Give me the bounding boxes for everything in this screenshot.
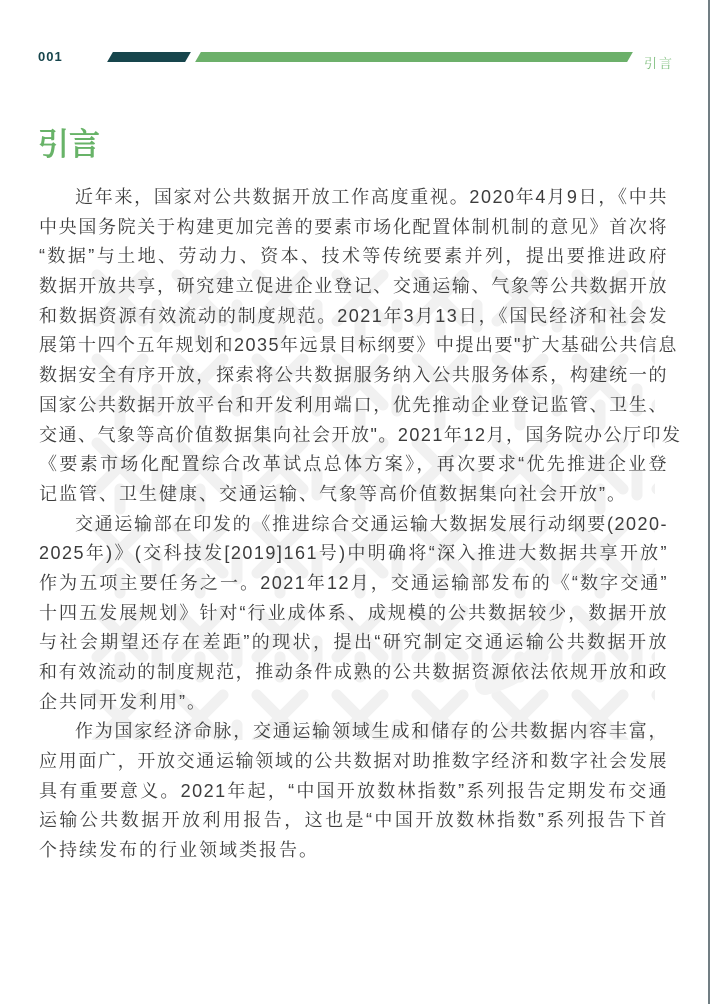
text-line: 展第十四个五年规划和2035年远景目标纲要》中提出要"扩大基础公共信息 [39,331,668,361]
text-line: 和有效流动的制度规范，推动条件成熟的公共数据资源依法依规开放和政 [39,658,668,688]
text-line: 与社会期望还存在差距”的现状，提出“研究制定交通运输公共数据开放 [39,628,668,658]
text-line: 近年来，国家对公共数据开放工作高度重视。2020年4月9日，《中共 [39,183,668,213]
header-section-label: 引言 [644,53,674,72]
text-line: 中央国务院关于构建更加完善的要素市场化配置体制机制的意见》首次将 [39,213,668,243]
header-dark-stripe [107,52,191,62]
text-line: 作为国家经济命脉，交通运输领域生成和储存的公共数据内容丰富， [39,717,668,747]
text-line: 数据安全有序开放，探索将公共数据服务纳入公共服务体系，构建统一的 [39,361,668,391]
text-line: 运输公共数据开放利用报告，这也是“中国开放数林指数”系列报告下首 [39,806,668,836]
paragraph: 交通运输部在印发的《推进综合交通运输大数据发展行动纲要(2020-2025年)》… [39,510,668,718]
page-number: 001 [38,49,63,64]
text-line: 应用面广，开放交通运输领域的公共数据对助推数字经济和数字社会发展 [39,747,668,777]
header-green-stripe [195,52,633,62]
body-text: 近年来，国家对公共数据开放工作高度重视。2020年4月9日，《中共中央国务院关于… [39,183,668,866]
text-line: 具有重要意义。2021年起，“中国开放数林指数”系列报告定期发布交通 [39,777,668,807]
chapter-title: 引言 [38,119,100,164]
report-page: 001 引言 引言 近年来，国家对公共数据开放工作高度重视。2020年4月9日，… [0,0,710,1004]
text-line: 2025年)》(交科技发[2019]161号)中明确将“深入推进大数据共享开放” [39,539,668,569]
paragraph: 作为国家经济命脉，交通运输领域生成和储存的公共数据内容丰富，应用面广，开放交通运… [39,717,668,865]
paragraph: 近年来，国家对公共数据开放工作高度重视。2020年4月9日，《中共中央国务院关于… [39,183,668,510]
text-line: 记监管、卫生健康、交通运输、气象等高价值数据集向社会开放”。 [39,480,668,510]
text-line: 个持续发布的行业领域类报告。 [39,836,668,866]
text-line: “数据”与土地、劳动力、资本、技术等传统要素并列，提出要推进政府 [39,242,668,272]
text-line: 交通运输部在印发的《推进综合交通运输大数据发展行动纲要(2020- [39,510,668,540]
text-line: 交通、气象等高价值数据集向社会开放"。2021年12月，国务院办公厅印发 [39,421,668,451]
text-line: 国家公共数据开放平台和开发利用端口，优先推动企业登记监管、卫生、 [39,391,668,421]
text-line: 和数据资源有效流动的制度规范。2021年3月13日，《国民经济和社会发 [39,302,668,332]
text-line: 企共同开发利用”。 [39,688,668,718]
text-line: 数据开放共享，研究建立促进企业登记、交通运输、气象等公共数据开放 [39,272,668,302]
text-line: 作为五项主要任务之一。2021年12月，交通运输部发布的《“数字交通” [39,569,668,599]
text-line: 《要素市场化配置综合改革试点总体方案》，再次要求“优先推进企业登 [39,450,668,480]
text-line: 十四五发展规划》针对“行业成体系、成规模的公共数据较少，数据开放 [39,599,668,629]
